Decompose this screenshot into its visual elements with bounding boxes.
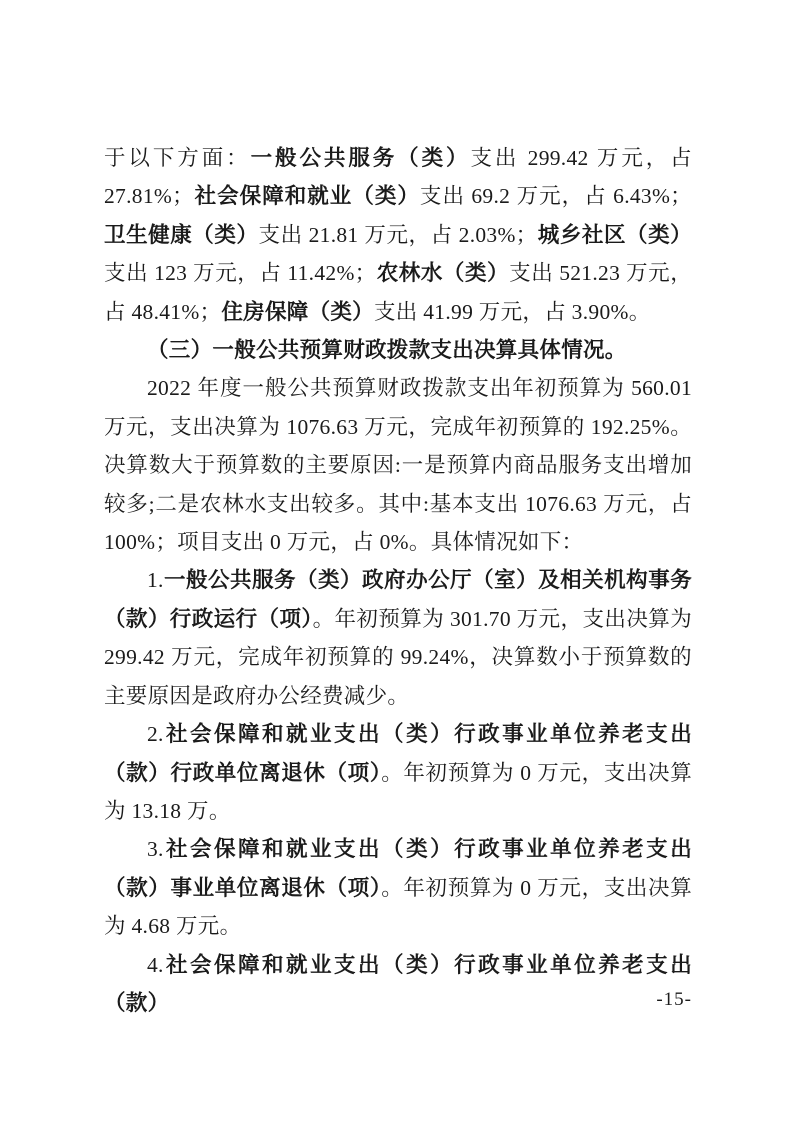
text-run: 支出 69.2 万元，占 6.43%；	[420, 184, 692, 208]
para-item-4: 4.社会保障和就业支出（类）行政事业单位养老支出（款）	[104, 946, 692, 1023]
text-run: 支出 41.99 万元，占 3.90%。	[374, 300, 651, 324]
text-run: 卫生健康（类）	[104, 223, 259, 247]
page-number: -15-	[656, 989, 692, 1011]
text-run: 支出 123 万元，占 11.42%；	[104, 261, 376, 285]
para-expenditure-by-category: 于以下方面：一般公共服务（类）支出 299.42 万元，占 27.81%；社会保…	[104, 139, 692, 331]
text-run: 于以下方面：	[104, 146, 251, 170]
para-item-2: 2.社会保障和就业支出（类）行政事业单位养老支出（款）行政单位离退休（项）。年初…	[104, 715, 692, 830]
item-number: 2.	[147, 722, 164, 746]
text-run: 支出 21.81 万元，占 2.03%；	[259, 223, 538, 247]
para-budget-overview: 2022 年度一般公共预算财政拨款支出年初预算为 560.01 万元，支出决算为…	[104, 369, 692, 561]
heading-section-3: （三）一般公共预算财政拨款支出决算具体情况。	[104, 331, 692, 369]
text-run: 社会保障和就业支出（类）行政事业单位养老支出（款）	[104, 953, 692, 1015]
text-run: 2022 年度一般公共预算财政拨款支出年初预算为 560.01 万元，支出决算为…	[104, 376, 692, 554]
item-number: 4.	[147, 953, 164, 977]
text-run: 农林水（类）	[376, 261, 509, 285]
text-run: 住房保障（类）	[221, 300, 374, 324]
para-item-1: 1.一般公共服务（类）政府办公厅（室）及相关机构事务（款）行政运行（项）。年初预…	[104, 561, 692, 715]
para-item-3: 3.社会保障和就业支出（类）行政事业单位养老支出（款）事业单位离退休（项）。年初…	[104, 830, 692, 945]
section-heading-text: （三）一般公共预算财政拨款支出决算具体情况。	[147, 338, 627, 362]
text-run: 社会保障和就业（类）	[194, 184, 420, 208]
document-text-block: 于以下方面：一般公共服务（类）支出 299.42 万元，占 27.81%；社会保…	[104, 139, 692, 1022]
document-page: 于以下方面：一般公共服务（类）支出 299.42 万元，占 27.81%；社会保…	[0, 0, 793, 1122]
text-run: 一般公共服务（类）	[251, 146, 471, 170]
item-number: 3.	[147, 837, 164, 861]
text-run: 城乡社区（类）	[537, 223, 692, 247]
item-number: 1.	[147, 568, 164, 592]
